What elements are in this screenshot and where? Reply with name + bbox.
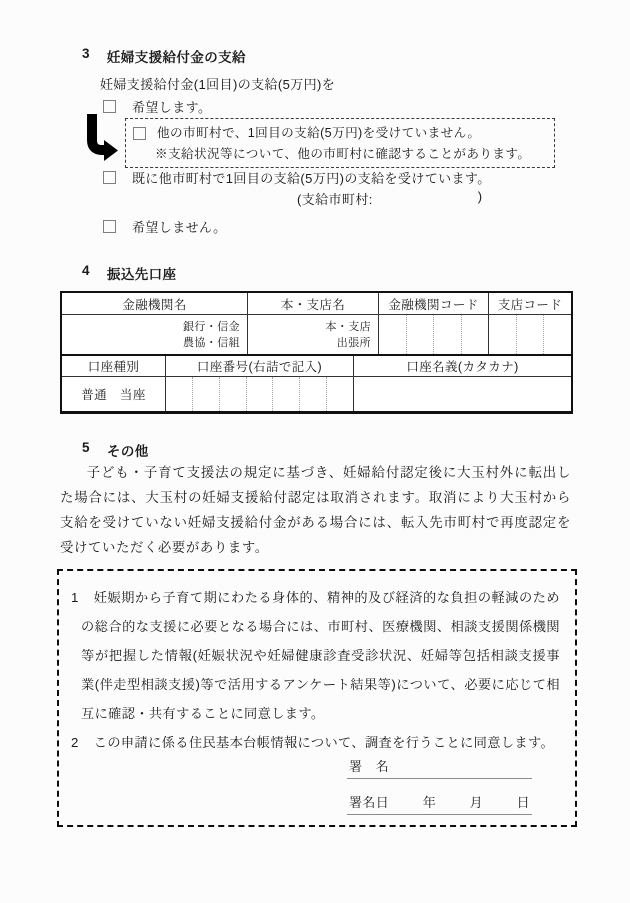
year-label: 年 [423, 792, 436, 811]
section4-title: 振込先口座 [107, 263, 177, 283]
account-number-digit[interactable] [192, 377, 219, 411]
payment-status-note: ※支給状況等について、他の市町村に確認することがあります。 [155, 144, 548, 165]
account-number-digit[interactable] [166, 377, 192, 411]
header-branch-name: 本・支店名 [247, 293, 378, 314]
section3-title: 妊婦支援給付金の支給 [107, 46, 246, 66]
account-number-digit[interactable] [326, 377, 353, 411]
option-decline-label: 希望しません。 [132, 217, 227, 236]
application-form-page: 3 妊婦支援給付金の支給 妊婦支援給付金(1回目)の支給(5万円)を 希望します… [0, 0, 630, 903]
paying-municipality-label: (支給市町村: [297, 189, 373, 208]
consent-item-1: 1妊娠期から子育て期にわたる身体的、精神的及び経済的な負担の軽減のための総合的な… [71, 583, 560, 728]
header-bank-code: 金融機関コード [378, 293, 488, 314]
section4-number: 4 [82, 263, 90, 283]
header-account-number: 口座番号(右詰で記入) [165, 356, 353, 376]
header-account-type: 口座種別 [62, 356, 165, 376]
header-branch-code: 支店コード [488, 293, 571, 314]
option-accept-label: 希望します。 [132, 97, 211, 116]
month-label: 月 [470, 792, 483, 811]
table-header-row-2: 口座種別 口座番号(右詰で記入) 口座名義(カタカナ) [62, 354, 571, 376]
checkbox-no-other[interactable] [133, 127, 146, 140]
checkbox-already[interactable] [103, 171, 116, 184]
option-no-other-row: 他の市町村で、1回目の支給(5万円)を受けていません。 [133, 123, 548, 144]
branch-code-digit[interactable] [489, 315, 516, 354]
bank-code-digit[interactable] [379, 315, 406, 354]
branch-type-label-1: 本・支店 [325, 319, 371, 335]
option-no-other-label: 他の市町村で、1回目の支給(5万円)を受けていません。 [157, 123, 480, 144]
checkbox-accept[interactable] [103, 100, 116, 113]
bank-type-label-1: 銀行・信金 [183, 319, 240, 335]
bank-code-field[interactable] [378, 315, 488, 354]
option-already-row: 既に他市町村で1回目の支給(5万円)の支給を受けています。 [103, 168, 491, 187]
bank-code-digit[interactable] [461, 315, 489, 354]
consent-item-2-number: 2 [71, 735, 79, 750]
paying-municipality-close: ) [478, 189, 483, 208]
option-decline-row: 希望しません。 [103, 217, 227, 236]
consent-item-1-text: 妊娠期から子育て期にわたる身体的、精神的及び経済的な負担の軽減のための総合的な支… [81, 590, 560, 721]
branch-type-label-2: 出張所 [337, 335, 371, 351]
signature-date-label: 署名日 [349, 792, 389, 811]
no-other-payment-box: 他の市町村で、1回目の支給(5万円)を受けていません。 ※支給状況等について、他… [125, 118, 555, 168]
account-number-digit[interactable] [219, 377, 246, 411]
consent-item-2-text: この申請に係る住民基本台帳情報について、調査を行うことに同意します。 [94, 735, 554, 750]
option-accept-row: 希望します。 [103, 97, 211, 116]
bank-type-label-2: 農協・信組 [183, 335, 240, 351]
section3-heading: 3 妊婦支援給付金の支給 [82, 46, 246, 66]
section5-paragraph: 子ども・子育て支援法の規定に基づき、妊婦給付認定後に大玉村外に転出した場合には、… [60, 460, 571, 560]
header-bank-name: 金融機関名 [62, 293, 247, 314]
option-already-label: 既に他市町村で1回目の支給(5万円)の支給を受けています。 [132, 168, 491, 187]
table-data-row-2: 普通 当座 [62, 376, 571, 411]
checkbox-decline[interactable] [103, 220, 116, 233]
signature-block: 署 名 署名日 年 月 日 [347, 755, 532, 815]
account-type-options[interactable]: 普通 当座 [62, 377, 165, 411]
account-number-digit[interactable] [299, 377, 326, 411]
paying-municipality-line: (支給市町村: ) [297, 189, 482, 208]
header-account-holder: 口座名義(カタカナ) [353, 356, 571, 376]
account-number-field[interactable] [165, 377, 353, 411]
section3-number: 3 [82, 46, 90, 66]
consent-item-2: 2この申請に係る住民基本台帳情報について、調査を行うことに同意します。 [71, 728, 560, 757]
bank-account-table: 金融機関名 本・支店名 金融機関コード 支店コード 銀行・信金 農協・信組 本・… [60, 291, 573, 414]
table-data-row-1: 銀行・信金 農協・信組 本・支店 出張所 [62, 314, 571, 354]
paying-municipality-blank[interactable] [373, 189, 478, 208]
table-header-row-1: 金融機関名 本・支店名 金融機関コード 支店コード [62, 293, 571, 314]
signature-field[interactable]: 署 名 [347, 755, 532, 779]
branch-code-digit[interactable] [543, 315, 571, 354]
branch-name-field[interactable]: 本・支店 出張所 [247, 315, 378, 354]
branch-code-digit[interactable] [516, 315, 544, 354]
section5-heading: 5 その他 [82, 440, 149, 460]
bank-code-digit[interactable] [406, 315, 434, 354]
consent-item-1-number: 1 [71, 590, 79, 605]
bank-code-digit[interactable] [433, 315, 461, 354]
curved-arrow-icon [84, 113, 118, 167]
section3-intro: 妊婦支援給付金(1回目)の支給(5万円)を [100, 74, 335, 93]
section4-heading: 4 振込先口座 [82, 263, 176, 283]
consent-box: 1妊娠期から子育て期にわたる身体的、精神的及び経済的な負担の軽減のための総合的な… [57, 569, 577, 827]
signature-date-field[interactable]: 署名日 年 月 日 [347, 791, 532, 815]
section5-title: その他 [107, 440, 149, 460]
account-holder-field[interactable] [353, 377, 571, 411]
bank-name-field[interactable]: 銀行・信金 農協・信組 [62, 315, 247, 354]
section5-number: 5 [82, 440, 90, 460]
account-number-digit[interactable] [246, 377, 273, 411]
account-number-digit[interactable] [272, 377, 299, 411]
branch-code-field[interactable] [488, 315, 571, 354]
signature-label: 署 名 [349, 756, 389, 775]
day-label: 日 [517, 792, 530, 811]
